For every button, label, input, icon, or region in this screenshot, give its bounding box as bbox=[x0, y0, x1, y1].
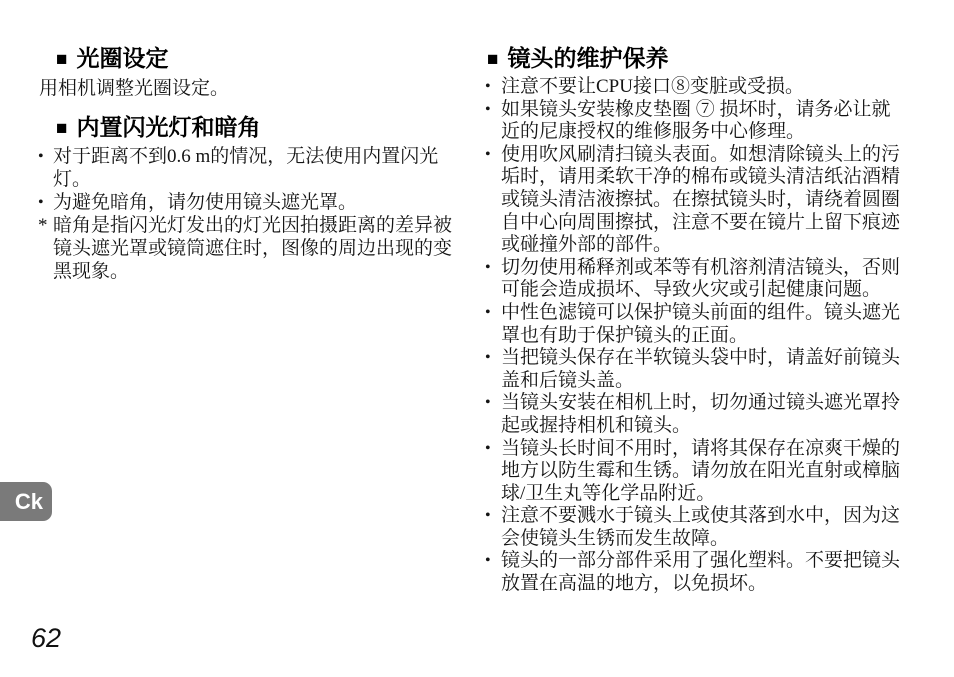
heading-square-icon: ■ bbox=[487, 49, 498, 70]
list-item: • 为避免暗角，请勿使用镜头遮光罩。 bbox=[38, 191, 470, 214]
section-title-flash: ■内置闪光灯和暗角 bbox=[38, 113, 470, 143]
right-column: ■镜头的维护保养 • 注意不要让CPU接口⑧变脏或受损。 • 如果镜头安装橡皮垫… bbox=[485, 44, 921, 596]
section-title-aperture: ■光圈设定 bbox=[38, 44, 470, 74]
bullet-text: 使用吹风刷清扫镜头表面。如想清除镜头上的污 垢时，请用柔软干净的棉布或镜头清洁纸… bbox=[501, 144, 921, 257]
list-item: • 注意不要让CPU接口⑧变脏或受损。 bbox=[485, 76, 921, 99]
heading-square-icon: ■ bbox=[56, 118, 67, 139]
bullet-icon: • bbox=[485, 392, 501, 415]
list-item: • 当镜头安装在相机上时，切勿通过镜头遮光罩拎 起或握持相机和镜头。 bbox=[485, 392, 921, 437]
bullet-text: 为避免暗角，请勿使用镜头遮光罩。 bbox=[53, 191, 470, 214]
bullet-icon: • bbox=[485, 99, 501, 122]
bullet-icon: • bbox=[485, 505, 501, 528]
list-item: • 当镜头长时间不用时，请将其保存在凉爽干燥的 地方以防生霉和生锈。请勿放在阳光… bbox=[485, 438, 921, 506]
list-item: • 使用吹风刷清扫镜头表面。如想清除镜头上的污 垢时，请用柔软干净的棉布或镜头清… bbox=[485, 144, 921, 257]
list-item: • 镜头的一部分部件采用了强化塑料。不要把镜头 放置在高温的地方，以免损坏。 bbox=[485, 550, 921, 595]
left-column: ■光圈设定 用相机调整光圈设定。 ■内置闪光灯和暗角 • 对于距离不到0.6 m… bbox=[38, 44, 470, 283]
heading-square-icon: ■ bbox=[56, 49, 67, 70]
list-item: • 如果镜头安装橡皮垫圈 ⑦ 损坏时，请务必让就 近的尼康授权的维修服务中心修理… bbox=[485, 99, 921, 144]
aperture-body-text: 用相机调整光圈设定。 bbox=[38, 77, 470, 100]
bullet-icon: • bbox=[38, 191, 53, 214]
list-item: • 注意不要溅水于镜头上或使其落到水中，因为这 会使镜头生锈而发生故障。 bbox=[485, 505, 921, 550]
section-title-maintenance: ■镜头的维护保养 bbox=[485, 44, 921, 74]
bullet-text: 切勿使用稀释剂或苯等有机溶剂清洁镜头，否则 可能会造成损坏、导致火灾或引起健康问… bbox=[501, 257, 921, 302]
maintenance-bullet-list: • 注意不要让CPU接口⑧变脏或受损。 • 如果镜头安装橡皮垫圈 ⑦ 损坏时，请… bbox=[485, 76, 921, 596]
language-tab-ck: Ck bbox=[0, 482, 52, 521]
list-item: • 当把镜头保存在半软镜头袋中时，请盖好前镜头 盖和后镜头盖。 bbox=[485, 347, 921, 392]
manual-page: ■光圈设定 用相机调整光圈设定。 ■内置闪光灯和暗角 • 对于距离不到0.6 m… bbox=[0, 0, 954, 677]
bullet-text: 如果镜头安装橡皮垫圈 ⑦ 损坏时，请务必让就 近的尼康授权的维修服务中心修理。 bbox=[501, 99, 921, 144]
bullet-text: 镜头的一部分部件采用了强化塑料。不要把镜头 放置在高温的地方，以免损坏。 bbox=[501, 550, 921, 595]
flash-bullet-list: • 对于距离不到0.6 m的情况，无法使用内置闪光 灯。 • 为避免暗角，请勿使… bbox=[38, 145, 470, 283]
list-item: • 切勿使用稀释剂或苯等有机溶剂清洁镜头，否则 可能会造成损坏、导致火灾或引起健… bbox=[485, 257, 921, 302]
bullet-icon: • bbox=[38, 145, 53, 168]
bullet-icon: • bbox=[485, 347, 501, 370]
bullet-icon: • bbox=[485, 257, 501, 280]
page-number: 62 bbox=[31, 623, 61, 653]
footnote-item: * 暗角是指闪光灯发出的灯光因拍摄距离的差异被 镜头遮光罩或镜筒遮住时，图像的周… bbox=[38, 214, 470, 283]
bullet-text: 当镜头长时间不用时，请将其保存在凉爽干燥的 地方以防生霉和生锈。请勿放在阳光直射… bbox=[501, 438, 921, 506]
bullet-icon: • bbox=[485, 76, 501, 99]
bullet-text: 注意不要让CPU接口⑧变脏或受损。 bbox=[501, 76, 921, 99]
bullet-icon: • bbox=[485, 144, 501, 167]
bullet-text: 注意不要溅水于镜头上或使其落到水中，因为这 会使镜头生锈而发生故障。 bbox=[501, 505, 921, 550]
asterisk-icon: * bbox=[38, 214, 53, 237]
bullet-text: 对于距离不到0.6 m的情况，无法使用内置闪光 灯。 bbox=[53, 145, 470, 191]
list-item: • 中性色滤镜可以保护镜头前面的组件。镜头遮光 罩也有助于保护镜头的正面。 bbox=[485, 302, 921, 347]
bullet-icon: • bbox=[485, 550, 501, 573]
bullet-text: 当镜头安装在相机上时，切勿通过镜头遮光罩拎 起或握持相机和镜头。 bbox=[501, 392, 921, 437]
section-title-flash-text: 内置闪光灯和暗角 bbox=[76, 114, 260, 140]
bullet-icon: • bbox=[485, 438, 501, 461]
section-title-maintenance-text: 镜头的维护保养 bbox=[507, 45, 668, 71]
bullet-text: 当把镜头保存在半软镜头袋中时，请盖好前镜头 盖和后镜头盖。 bbox=[501, 347, 921, 392]
list-item: • 对于距离不到0.6 m的情况，无法使用内置闪光 灯。 bbox=[38, 145, 470, 191]
bullet-icon: • bbox=[485, 302, 501, 325]
footnote-text: 暗角是指闪光灯发出的灯光因拍摄距离的差异被 镜头遮光罩或镜筒遮住时，图像的周边出… bbox=[53, 214, 470, 283]
section-title-aperture-text: 光圈设定 bbox=[76, 45, 168, 71]
bullet-text: 中性色滤镜可以保护镜头前面的组件。镜头遮光 罩也有助于保护镜头的正面。 bbox=[501, 302, 921, 347]
